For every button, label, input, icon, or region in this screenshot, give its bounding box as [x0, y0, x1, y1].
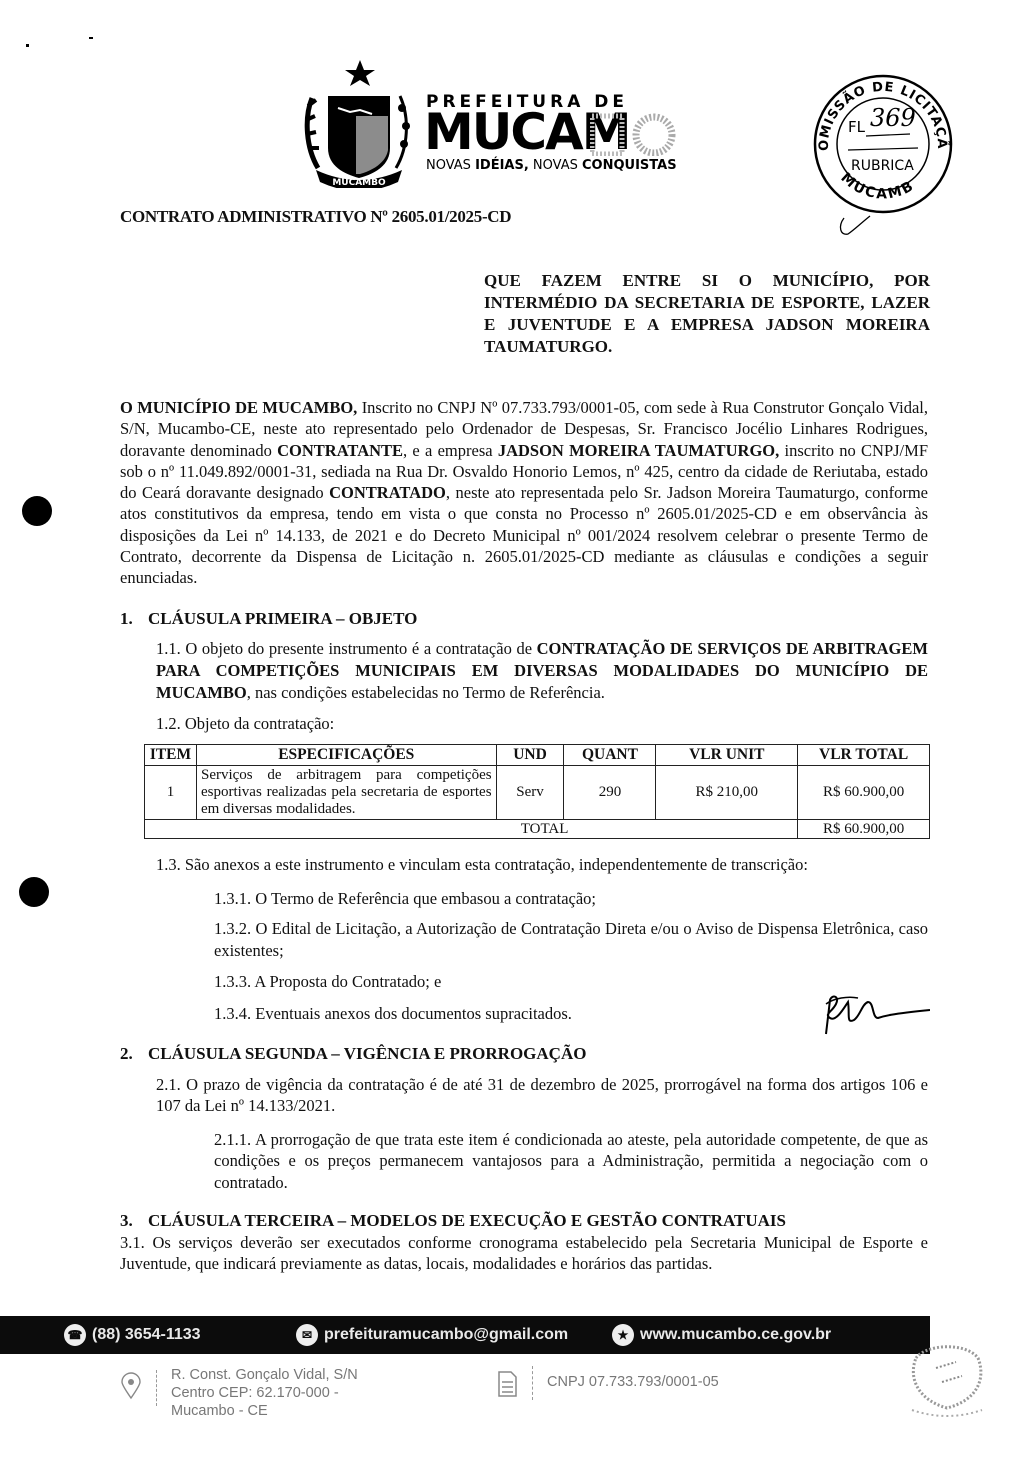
municipal-seal-icon — [906, 1338, 988, 1424]
svg-text:MUCAMBO: MUCAMBO — [332, 178, 386, 188]
col-item: ITEM — [145, 745, 197, 766]
footer-divider — [532, 1366, 533, 1400]
cell-item: 1 — [145, 766, 197, 820]
footer-cnpj: CNPJ 07.733.793/0001-05 — [496, 1366, 719, 1400]
cell-quant: 290 — [564, 766, 656, 820]
contract-title: CONTRATO ADMINISTRATIVO Nº 2605.01/2025-… — [120, 207, 511, 227]
clause-3-1: 3.1. Os serviços deverão ser executados … — [120, 1232, 928, 1275]
total-label: TOTAL — [145, 820, 798, 839]
punch-hole-lower — [19, 877, 49, 907]
footer-email[interactable]: ✉ prefeituramucambo@gmail.com — [296, 1323, 568, 1347]
svg-text:369: 369 — [870, 104, 916, 132]
web-icon: ★ — [612, 1324, 634, 1346]
municipal-crest-icon: MUCAMBO — [298, 58, 418, 188]
object-table: ITEM ESPECIFICAÇÕES UND QUANT VLR UNIT V… — [144, 744, 930, 839]
clause-1-heading: 1.CLÁUSULA PRIMEIRA – OBJETO — [120, 609, 417, 629]
col-vlr-total: VLR TOTAL — [798, 745, 930, 766]
clause-1-3-2: 1.3.2. O Edital de Licitação, a Autoriza… — [214, 918, 928, 961]
brand-slogan: NOVAS IDÉIAS, NOVAS CONQUISTAS — [426, 158, 677, 173]
punch-hole-upper — [22, 496, 52, 526]
clause-2-heading: 2.CLÁUSULA SEGUNDA – VIGÊNCIA E PRORROGA… — [120, 1044, 586, 1064]
cell-spec: Serviços de arbitragem para competições … — [196, 766, 496, 820]
scan-speck — [89, 37, 93, 39]
footer-website[interactable]: ★ www.mucambo.ce.gov.br — [612, 1323, 831, 1347]
footer-phone: ☎ (88) 3654-1133 — [64, 1323, 201, 1347]
phone-icon: ☎ — [64, 1324, 86, 1346]
clause-3-heading: 3.CLÁUSULA TERCEIRA – MODELOS DE EXECUÇÃ… — [120, 1211, 786, 1231]
clause-2-1-1: 2.1.1. A prorrogação de que trata este i… — [214, 1129, 928, 1193]
table-row: 1 Serviços de arbitragem para competiçõe… — [145, 766, 930, 820]
clause-1-2: 1.2. Objeto da contratação: — [156, 714, 334, 734]
location-pin-icon — [120, 1372, 142, 1400]
handwritten-check-mark — [836, 212, 876, 238]
document-icon — [496, 1370, 518, 1398]
handwritten-signature — [818, 990, 930, 1038]
total-value: R$ 60.900,00 — [798, 820, 930, 839]
footer-address: R. Const. Gonçalo Vidal, S/N Centro CEP:… — [120, 1366, 358, 1420]
cell-vlr-total: R$ 60.900,00 — [798, 766, 930, 820]
col-vlr-unit: VLR UNIT — [656, 745, 798, 766]
clause-1-3: 1.3. São anexos a este instrumento e vin… — [156, 855, 808, 875]
licitacao-stamp: COMISSÃO DE LICITAÇÃO MUCAMBO FL 369 RUB… — [808, 66, 958, 216]
prefeitura-logo: MUCAMBO PREFEITURA DE MUCAM NOVAS IDÉIAS… — [298, 58, 698, 188]
clause-2-1: 2.1. O prazo de vigência da contratação … — [156, 1074, 928, 1117]
brand-faded-letters — [590, 112, 690, 156]
email-icon: ✉ — [296, 1324, 318, 1346]
clause-1-3-1: 1.3.1. O Termo de Referência que embasou… — [214, 888, 596, 910]
footer-divider — [156, 1370, 157, 1406]
cell-und: Serv — [496, 766, 564, 820]
col-und: UND — [496, 745, 564, 766]
intro-paragraph: O MUNICÍPIO DE MUCAMBO, Inscrito no CNPJ… — [120, 397, 928, 589]
scan-speck — [26, 44, 29, 47]
col-quant: QUANT — [564, 745, 656, 766]
svg-text:FL: FL — [848, 118, 866, 136]
clause-1-3-4: 1.3.4. Eventuais anexos dos documentos s… — [214, 1003, 572, 1025]
contract-preamble: QUE FAZEM ENTRE SI O MUNICÍPIO, POR INTE… — [484, 270, 930, 358]
clause-1-3-3: 1.3.3. A Proposta do Contratado; e — [214, 971, 441, 993]
table-header-row: ITEM ESPECIFICAÇÕES UND QUANT VLR UNIT V… — [145, 745, 930, 766]
col-especificacoes: ESPECIFICAÇÕES — [196, 745, 496, 766]
table-total-row: TOTAL R$ 60.900,00 — [145, 820, 930, 839]
clause-1-1: 1.1. O objeto do presente instrumento é … — [156, 638, 928, 704]
cell-vlr-unit: R$ 210,00 — [656, 766, 798, 820]
svg-text:RUBRICA: RUBRICA — [851, 158, 914, 174]
